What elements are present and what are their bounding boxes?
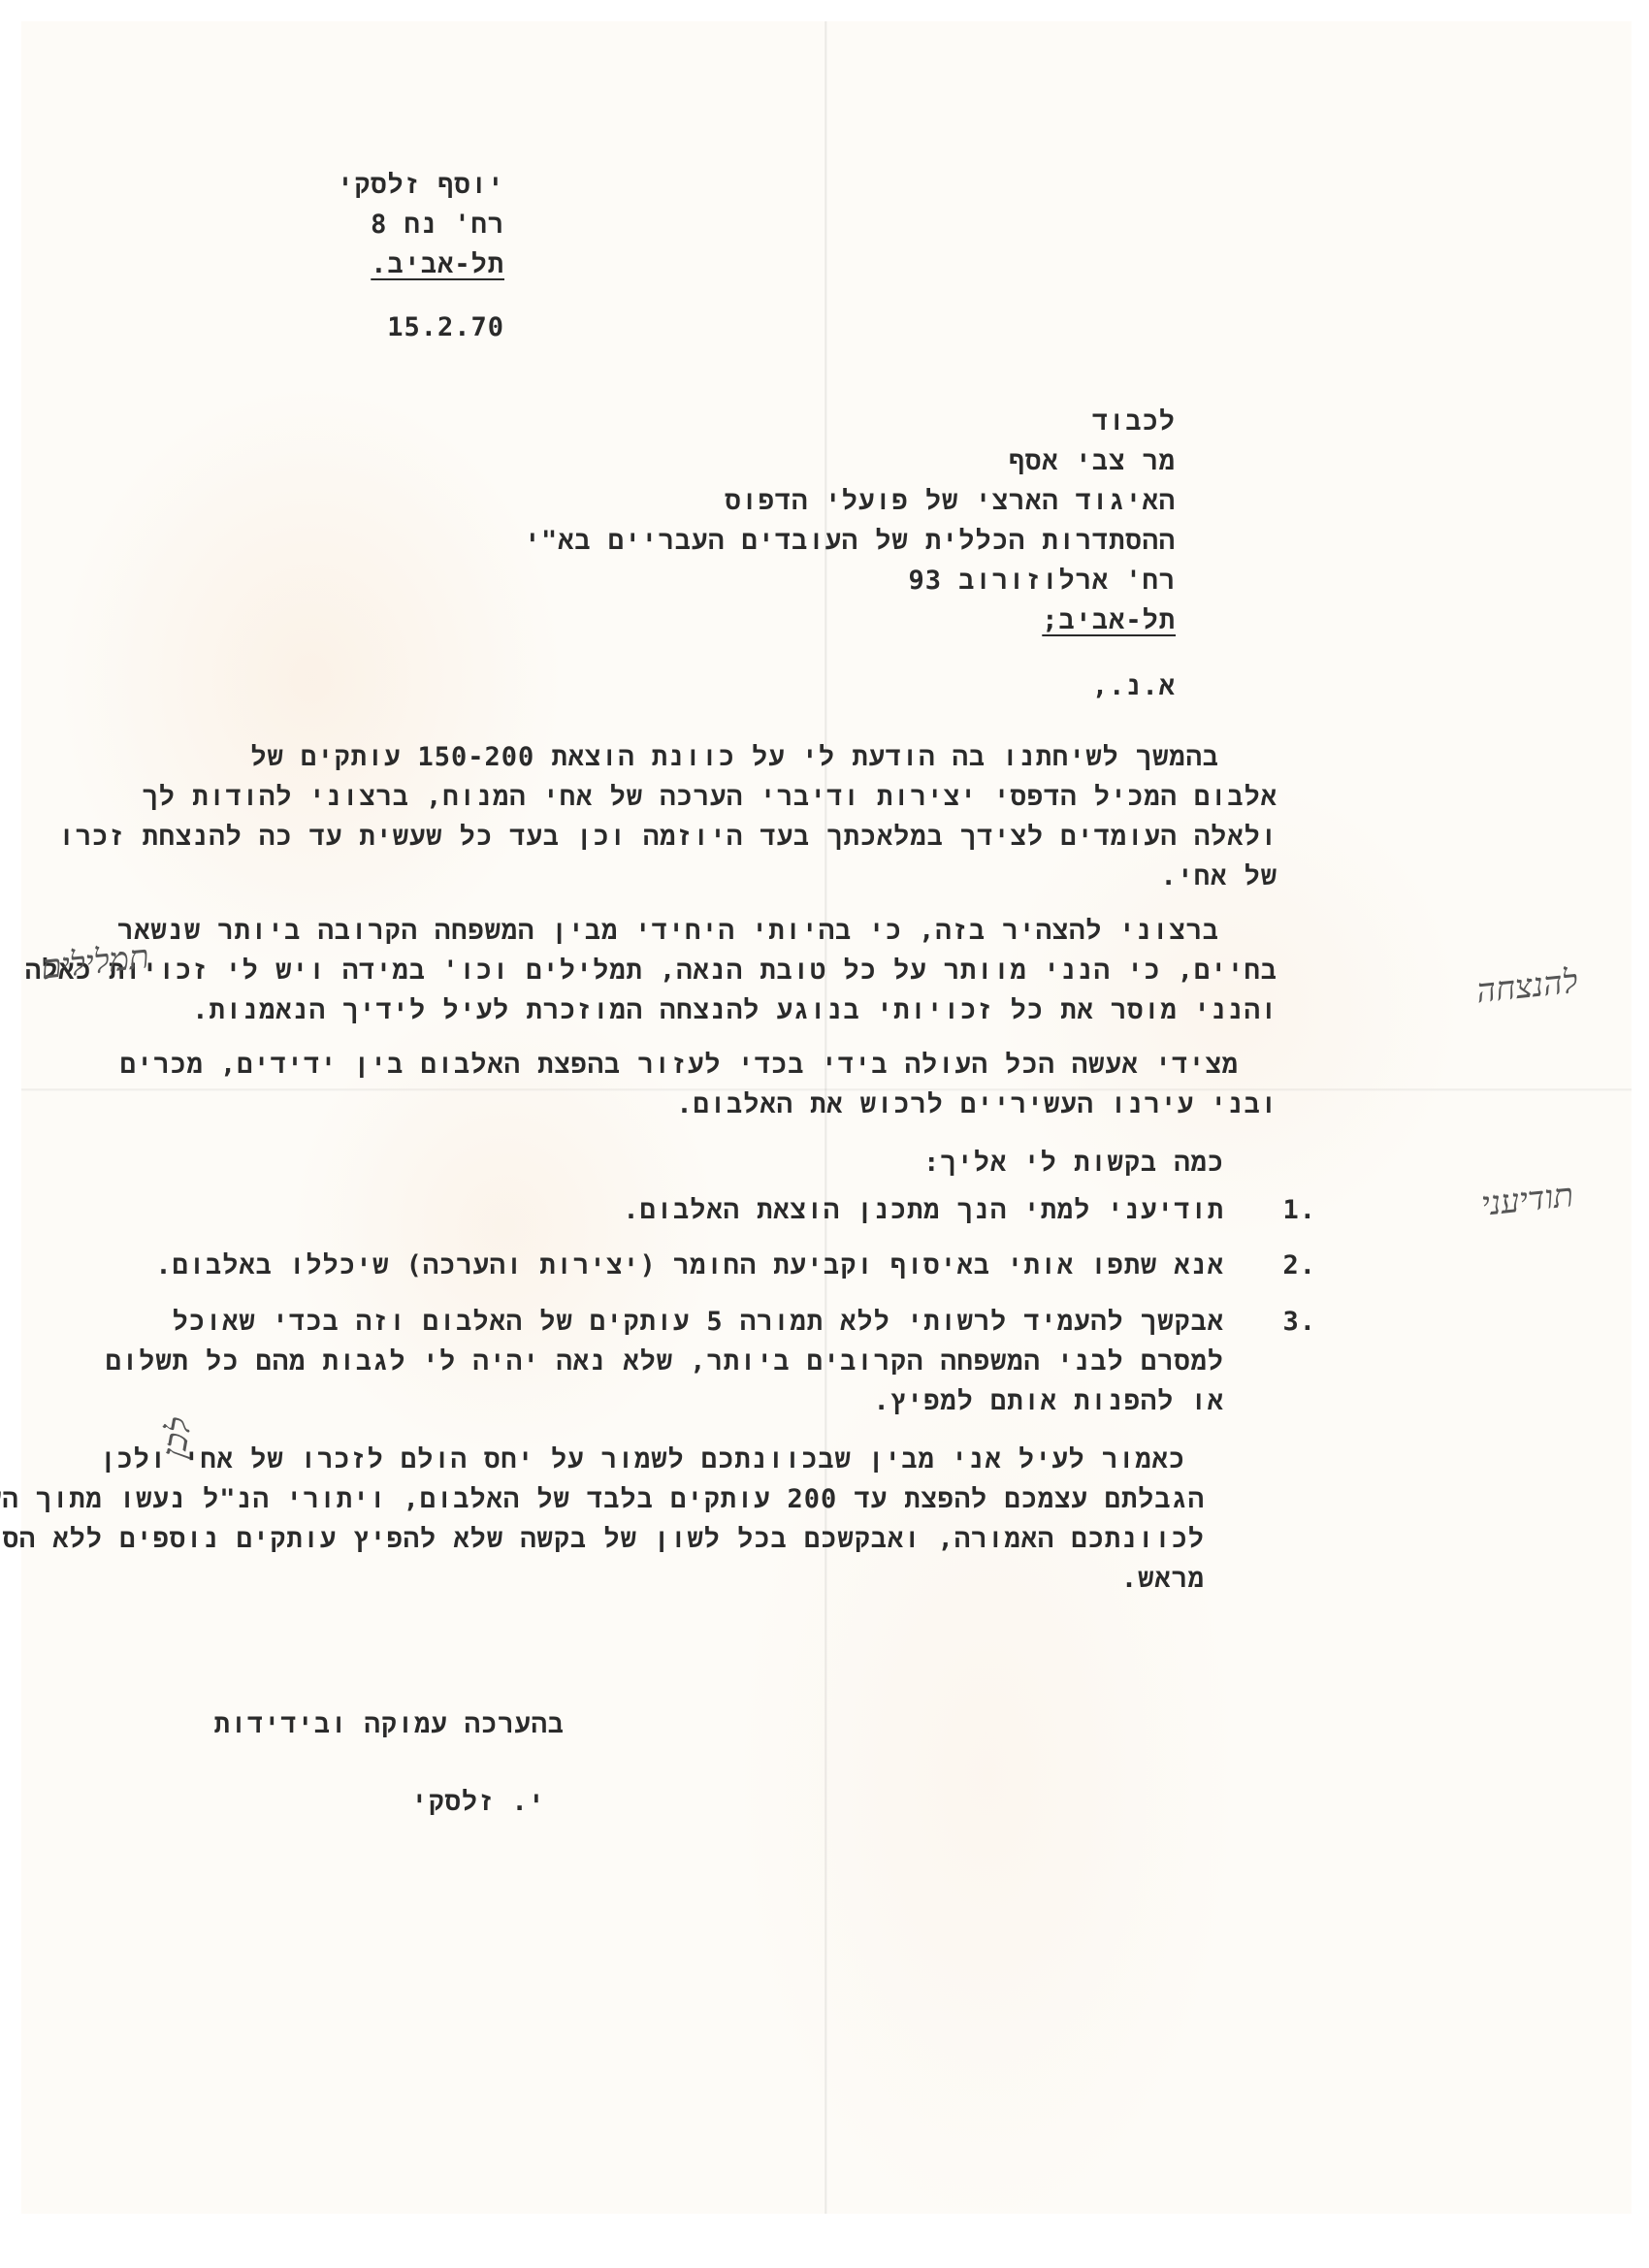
handwritten-note-right-1: להנצחה [1474,962,1579,1012]
recipient-city: תל-אביב; [1042,600,1176,640]
paragraph-line: ולאלה העומדים לצידך במלאכתך בעד היוזמה ו… [59,817,1277,857]
paragraph-line: ברצוני להצהיר בזה, כי בהיותי היחידי מבין… [117,911,1277,951]
request-line: תודיעני למתי הנך מתכנן הוצאת האלבום. [623,1190,1224,1230]
letter-page: יוסף זלסקי רח' נח 8 תל-אביב. 15.2.70 לכב… [21,21,1632,2214]
sender-name: יוסף זלסקי [338,165,504,205]
request-line: למסרם לבני המשפחה הקרובים ביותר, שלא נאה… [106,1342,1224,1381]
request-number: 2. [1282,1246,1316,1285]
paragraph-line: מראש. [1121,1559,1205,1599]
paragraph-line: הגבלתם עצמכם להפצת עד 200 עותקים בלבד של… [0,1479,1205,1519]
paragraph-line: בהמשך לשיחתנו בה הודעת לי על כוונת הוצאת… [250,737,1277,777]
paragraph-line: בחיים, כי הנני מוותר על כל טובת הנאה, תמ… [25,951,1277,990]
requests-intro: כמה בקשות לי אליך: [923,1143,1224,1183]
paragraph-line: ובני עירנו העשיריים לרכוש את האלבום. [676,1085,1277,1124]
paragraph-line: מצידי אעשה הכל העולה בידי בכדי לעזור בהפ… [120,1045,1277,1085]
letter-date: 15.2.70 [387,308,504,347]
recipient-salutation: לכבוד [1092,402,1176,441]
request-line: אנא שתפו אותי באיסוף וקביעת החומר (יצירו… [155,1246,1224,1285]
recipient-federation: ההסתדרות הכללית של העובדים העבריים בא"י [525,521,1176,561]
request-line: אבקשך להעמיד לרשותי ללא תמורה 5 עותקים ש… [173,1302,1224,1342]
handwritten-note-right-2: תודיעני [1479,1176,1575,1224]
paragraph-line: כאמור לעיל אני מבין שבכוונתכם לשמור על י… [100,1440,1205,1479]
paragraph-line: של אחי. [1160,857,1277,896]
signoff: בהערכה עמוקה ובידידות [214,1704,565,1744]
recipient-name: מר צבי אסף [1009,441,1176,481]
paragraph-line: לכוונתכם האמורה, ואבקשכם בכל לשון של בקש… [0,1519,1205,1559]
recipient-street: רח' ארלוזורוב 93 [908,561,1176,600]
sender-street: רח' נח 8 [371,205,504,244]
request-number: 1. [1282,1190,1316,1230]
signature: י. זלסקי [411,1782,545,1822]
handwritten-note-left-2: לכן [154,1414,200,1461]
greeting: א.נ., [1092,666,1176,706]
paragraph-line: והנני מוסר את כל זכויותי בנוגע להנצחה המ… [192,990,1277,1030]
sender-city: תל-אביב. [371,244,504,284]
request-number: 3. [1282,1302,1316,1342]
request-line: או להפנות אותם למפיץ. [874,1381,1224,1421]
paragraph-line: אלבום המכיל הדפסי יצירות ודיברי הערכה של… [143,777,1277,817]
recipient-org: האיגוד הארצי של פועלי הדפוס [725,481,1176,521]
